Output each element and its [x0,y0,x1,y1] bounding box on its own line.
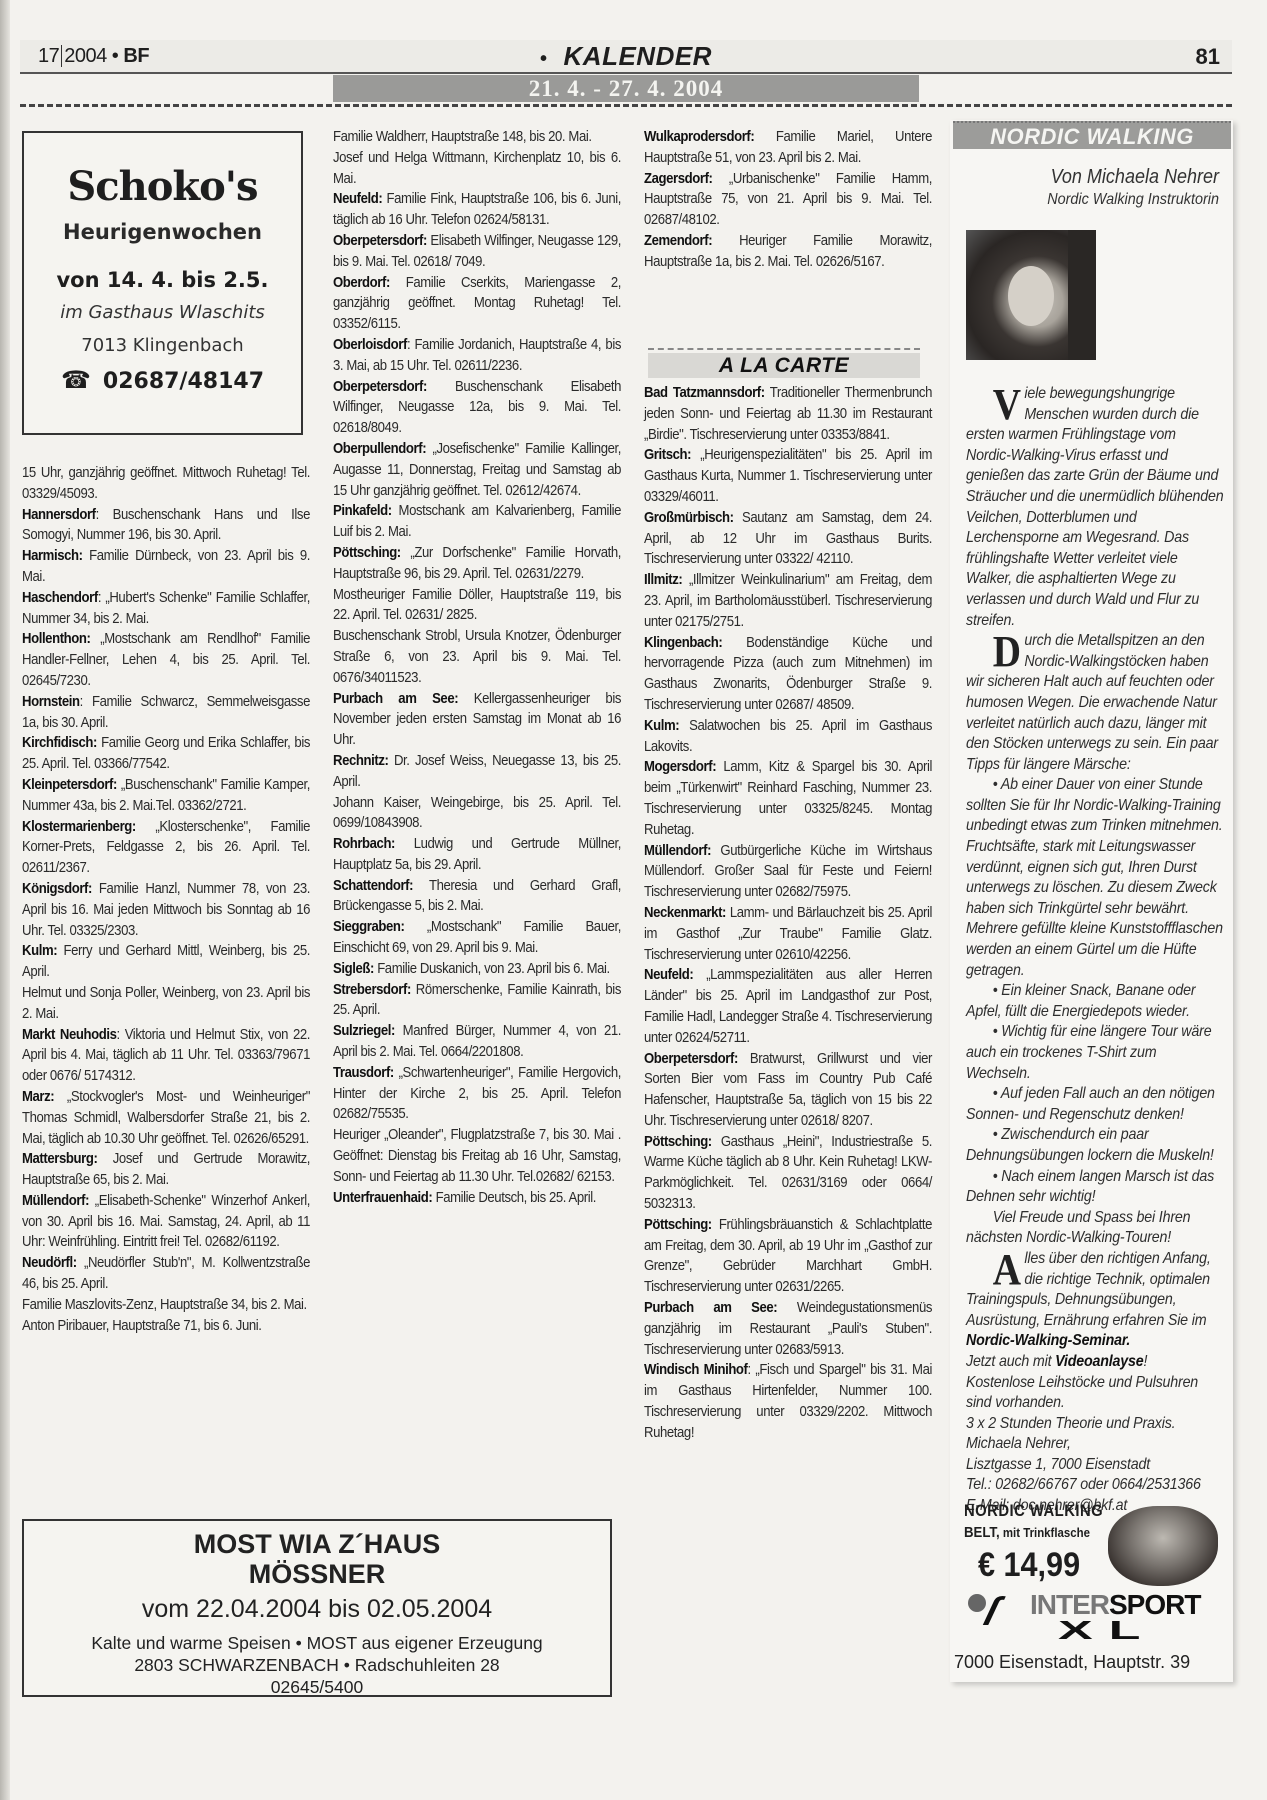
entry-place: Oberpetersdorf: [644,1051,738,1067]
entry-place: Königsdorf: [22,881,92,897]
listing-entry: Sieggraben: „Mostschank" Familie Bauer, … [333,917,621,959]
entry-place: Neufeld: [644,967,693,983]
listing-entry: Neckenmarkt: Lamm- und Bärlauchzeit bis … [644,903,932,965]
product-name: NORDIC WALKING [964,1502,1103,1521]
entry-place: Klingenbach: [644,635,722,651]
listing-entry: Sulzriegel: Manfred Bürger, Nummer 4, vo… [333,1021,621,1063]
listing-entry: Heuriger „Oleander", Flugplatzstraße 7, … [333,1125,621,1187]
a-la-carte-list: Bad Tatzmannsdorf: Traditioneller Therme… [644,383,932,1444]
entry-place: Oberpetersdorf: [333,233,427,249]
entry-place: Purbach am See: [333,691,458,707]
entry-text: Johann Kaiser, Weingebirge, bis 25. Apri… [333,795,621,832]
issue-number: 17 [38,45,59,67]
drop-cap: V [993,386,1021,424]
listing-entry: Schattendorf: Theresia und Gerhard Grafl… [333,876,621,918]
listing-entry: Illmitz: „Illmitzer Weinkulinarium" am F… [644,570,932,632]
entry-place: Trausdorf: [333,1065,394,1081]
listing-entry: Johann Kaiser, Weingebirge, bis 25. Apri… [333,793,621,835]
entry-text: Ferry und Gerhard Mittl, Weinberg, bis 2… [22,943,310,980]
entry-place: Haschendorf [22,590,98,606]
listing-entry: Harmisch: Familie Dürnbeck, von 23. Apri… [22,546,310,588]
listing-entry: Klingenbach: Bodenständige Küche und her… [644,633,932,716]
entry-text: Salatwochen bis 25. April im Gasthaus La… [644,718,932,755]
entry-place: Oberpullendorf: [333,441,426,457]
ad-phone: ☎02687/48147 [24,366,301,394]
entry-text: Familie Deutsch, bis 25. April. [432,1190,596,1206]
closing-line: Viel Freude und Spass bei Ihren nächsten… [966,1208,1224,1249]
ad-dates: vom 22.04.2004 bis 02.05.2004 [24,1595,610,1624]
entry-place: Mogersdorf: [644,759,716,775]
listing-entry: Hornstein: Familie Schwarcz, Semmelweisg… [22,692,310,734]
duration-line: 3 x 2 Stunden Theorie und Praxis. [966,1414,1224,1435]
entry-place: Hannersdorf [22,507,96,523]
section-title: •KALENDER [540,41,712,72]
logo-ball-icon [968,1594,986,1612]
entry-place: Marz: [22,1089,54,1105]
tip-item: • Zwischendurch ein paar Dehnungsübungen… [966,1125,1224,1166]
contact-name: Michaela Nehrer, [966,1434,1224,1455]
entry-place: Neufeld: [333,191,382,207]
entry-text: Josef und Helga Wittmann, Kirchenplatz 1… [333,150,621,187]
tip-item: • Ein kleiner Snack, Banane oder Apfel, … [966,981,1224,1022]
listing-entry: Kulm: Salatwochen bis 25. April im Gasth… [644,716,932,758]
ad-subtitle: Heurigenwochen [24,220,301,244]
entry-place: Illmitz: [644,572,682,588]
entry-text: Familie Duskanich, von 23. April bis 6. … [374,961,610,977]
entry-place: Zemendorf: [644,233,712,249]
listing-entry: Klostermarienberg: „Klosterschenke", Fam… [22,817,310,879]
entry-place: Oberdorf: [333,275,390,291]
listing-entry: Rechnitz: Dr. Josef Weiss, Neuegasse 13,… [333,751,621,793]
listing-entry: Oberpetersdorf: Bratwurst, Grillwurst un… [644,1049,932,1132]
ad-schoko-heurigenwochen: Schoko's Heurigenwochen von 14. 4. bis 2… [22,131,303,435]
page-header: 172004 • BF •KALENDER 81 [20,40,1232,74]
entry-place: Großmürbisch: [644,510,734,526]
listing-entry: Königsdorf: Familie Hanzl, Nummer 78, vo… [22,879,310,941]
entry-place: Kirchfidisch: [22,735,97,751]
ad-town: 7013 Klingenbach [24,335,301,356]
ad-title-1: MOST WIA Z´HAUS [24,1529,610,1559]
tip-item: • Auf jeden Fall auch an den nötigen Son… [966,1084,1224,1125]
entry-text: Familie Waldherr, Hauptstraße 148, bis 2… [333,129,592,145]
entry-place: Rechnitz: [333,753,388,769]
listing-entry: Wulkaprodersdorf: Familie Mariel, Untere… [644,127,932,169]
belt-product-image [1108,1506,1218,1586]
author-byline: Von Michaela Nehrer Nordic Walking Instr… [953,166,1219,209]
entry-text: Buschenschank Strobl, Ursula Knotzer, Öd… [333,628,621,686]
listing-entry: Zagersdorf: „Urbanischenke" Familie Hamm… [644,169,932,231]
ad-brand: Schoko's [24,163,301,210]
listing-entry: Josef und Helga Wittmann, Kirchenplatz 1… [333,148,621,190]
entry-place: Bad Tatzmannsdorf: [644,385,765,401]
listing-entry: Oberdorf: Familie Cserkits, Mariengasse … [333,273,621,335]
listing-column-1: 15 Uhr, ganzjährig geöffnet. Mittwoch Ru… [22,463,310,1336]
entry-place: Schattendorf: [333,878,413,894]
entry-place: Pöttsching: [644,1217,712,1233]
entry-place: Oberpetersdorf: [333,379,427,395]
article-paragraph: Viele bewegungshungrige Menschen wurden … [966,384,1224,631]
listing-entry: Windisch Minihof: „Fisch und Spargel" bi… [644,1360,932,1443]
listing-entry: Sigleß: Familie Duskanich, von 23. April… [333,959,621,980]
listing-entry: Purbach am See: Weindegustationsmenüs ga… [644,1298,932,1360]
entry-place: Pöttsching: [333,545,401,561]
phone-icon: ☎ [61,366,91,394]
entry-place: Wulkaprodersdorf: [644,129,754,145]
listing-column-3: Wulkaprodersdorf: Familie Mariel, Untere… [644,127,932,273]
entry-place: Oberloisdorf [333,337,407,353]
listing-column-2: Familie Waldherr, Hauptstraße 148, bis 2… [333,127,621,1208]
listing-entry: Purbach am See: Kellergassenheuriger bis… [333,689,621,751]
author-role: Nordic Walking Instruktorin [980,191,1219,209]
entry-place: Neudörfl: [22,1255,77,1271]
entry-place: Hornstein [22,694,80,710]
entry-text: Anton Piribauer, Hauptstraße 71, bis 6. … [22,1318,261,1334]
listing-entry: Gritsch: „Heurigenspezialitäten" bis 25.… [644,445,932,507]
entry-place: Kulm: [644,718,679,734]
listing-entry: Haschendorf: „Hubert's Schenke" Familie … [22,588,310,630]
a-la-carte-heading: A LA CARTE [648,353,920,378]
entry-place: Mattersburg: [22,1151,97,1167]
intersport-logo: ſ INTERSPORT XL [968,1586,1228,1644]
listing-entry: Rohrbach: Ludwig und Gertrude Müllner, H… [333,834,621,876]
header-divider [20,104,1232,107]
entry-place: Sieggraben: [333,919,404,935]
listing-entry: Familie Waldherr, Hauptstraße 148, bis 2… [333,127,621,148]
listing-entry: Mattersburg: Josef und Gertrude Morawitz… [22,1149,310,1191]
entry-place: Purbach am See: [644,1300,777,1316]
ad-place: im Gasthaus Wlaschits [24,302,301,323]
entry-place: Kulm: [22,943,57,959]
section-divider [648,348,920,350]
seminar-title: Nordic-Walking-Seminar. [966,1332,1130,1349]
entry-place: Sigleß: [333,961,374,977]
entry-place: Pinkafeld: [333,503,392,519]
tip-item: • Ab einer Dauer von einer Stunde sollte… [966,775,1224,981]
entry-text: 15 Uhr, ganzjährig geöffnet. Mittwoch Ru… [22,465,310,502]
product-price: € 14,99 [978,1546,1080,1585]
listing-entry: Müllendorf: Gutbürgerliche Küche im Wirt… [644,841,932,903]
entry-place: Strebersdorf: [333,982,411,998]
listing-entry: Unterfrauenhaid: Familie Deutsch, bis 25… [333,1188,621,1209]
entry-text: „Stockvogler's Most- und Weinheuriger" T… [22,1089,310,1147]
listing-entry: Pinkafeld: Mostschank am Kalvarienberg, … [333,501,621,543]
author-photo [966,230,1096,360]
entry-place: Markt Neuhodis [22,1027,117,1043]
listing-entry: Zemendorf: Heuriger Familie Morawitz, Ha… [644,231,932,273]
listing-entry: Markt Neuhodis: Viktoria und Helmut Stix… [22,1025,310,1087]
article-paragraph: Durch die Metallspitzen an den Nordic-Wa… [966,631,1224,775]
nordic-walking-heading: NORDIC WALKING [953,121,1231,149]
entry-text: Familie Maszlovits-Zenz, Hauptstraße 34,… [22,1297,307,1313]
product-desc: BELT, mit Trinkflasche [964,1524,1090,1541]
entry-text: „Illmitzer Weinkulinarium" am Freitag, d… [644,572,932,630]
listing-entry: Hollenthon: „Mostschank am Rendlhof" Fam… [22,629,310,691]
ad-title-2: MÖSSNER [24,1559,610,1589]
ad-nordic-walking-belt: NORDIC WALKING BELT, mit Trinkflasche € … [964,1502,1234,1682]
entry-place: Gritsch: [644,447,691,463]
ad-dates: von 14. 4. bis 2.5. [24,268,301,292]
listing-entry: Hannersdorf: Buschenschank Hans und Ilse… [22,505,310,547]
listing-entry: Familie Maszlovits-Zenz, Hauptstraße 34,… [22,1295,310,1316]
listing-entry: Kirchfidisch: Familie Georg und Erika Sc… [22,733,310,775]
issue-info: 172004 • BF [38,45,149,68]
listing-entry: Mostheuriger Familie Döller, Hauptstraße… [333,585,621,627]
listing-entry: Oberpetersdorf: Elisabeth Wilfinger, Neu… [333,231,621,273]
entry-place: Müllendorf: [644,843,711,859]
listing-entry: Müllendorf: „Elisabeth-Schenke" Winzerho… [22,1191,310,1253]
entry-place: Kleinpetersdorf: [22,777,117,793]
date-range-banner: 21. 4. - 27. 4. 2004 [333,75,919,102]
ad-details: Kalte und warme Speisen • MOST aus eigen… [24,1632,610,1698]
page-binding-edge [0,0,10,1800]
tips-list: • Ab einer Dauer von einer Stunde sollte… [966,775,1224,1207]
entry-place: Rohrbach: [333,836,395,852]
listing-entry: Buschenschank Strobl, Ursula Knotzer, Öd… [333,626,621,688]
listing-entry: Pöttsching: Gasthaus „Heini", Industries… [644,1132,932,1215]
listing-entry: Neufeld: Familie Fink, Hauptstraße 106, … [333,189,621,231]
rental-line: Kostenlose Leihstöcke und Pulsuhren sind… [966,1373,1224,1414]
nordic-walking-article: Viele bewegungshungrige Menschen wurden … [966,384,1224,1517]
listing-entry: Neudörfl: „Neudörfler Stub'n", M. Kollwe… [22,1253,310,1295]
listing-entry: Kulm: Ferry und Gerhard Mittl, Weinberg,… [22,941,310,983]
listing-entry: Großmürbisch: Sautanz am Samstag, dem 24… [644,508,932,570]
author-name: Von Michaela Nehrer [980,166,1219,189]
entry-place: Unterfrauenhaid: [333,1190,432,1206]
tip-item: • Wichtig für eine längere Tour wäre auc… [966,1022,1224,1084]
entry-place: Zagersdorf: [644,171,713,187]
listing-entry: Trausdorf: „Schwartenheuriger", Familie … [333,1063,621,1125]
entry-place: Neckenmarkt: [644,905,726,921]
entry-place: Harmisch: [22,548,83,564]
entry-place: Müllendorf: [22,1193,89,1209]
contact-phone: Tel.: 02682/66767 oder 0664/2531366 [966,1475,1224,1496]
publication-name: BF [123,45,149,67]
listing-entry: Pöttsching: „Zur Dorfschenke" Familie Ho… [333,543,621,585]
video-line: Jetzt auch mit Videoanlayse! [966,1352,1224,1373]
listing-entry: Anton Piribauer, Hauptstraße 71, bis 6. … [22,1316,310,1337]
entry-place: Sulzriegel: [333,1023,395,1039]
listing-entry: 15 Uhr, ganzjährig geöffnet. Mittwoch Ru… [22,463,310,505]
listing-entry: Mogersdorf: Lamm, Kitz & Spargel bis 30.… [644,757,932,840]
entry-text: Helmut und Sonja Poller, Weinberg, von 2… [22,985,310,1022]
entry-text: Heuriger „Oleander", Flugplatzstraße 7, … [333,1127,621,1185]
tip-item: • Nach einem langen Marsch ist das Dehne… [966,1167,1224,1208]
drop-cap: D [993,633,1021,671]
listing-entry: Bad Tatzmannsdorf: Traditioneller Therme… [644,383,932,445]
listing-entry: Neufeld: „Lammspezialitäten aus aller He… [644,965,932,1048]
listing-entry: Helmut und Sonja Poller, Weinberg, von 2… [22,983,310,1025]
listing-entry: Marz: „Stockvogler's Most- und Weinheuri… [22,1087,310,1149]
entry-text: Mostheuriger Familie Döller, Hauptstraße… [333,587,621,624]
ad-most-wia-zhaus: MOST WIA Z´HAUS MÖSSNER vom 22.04.2004 b… [22,1519,612,1697]
listing-entry: Oberloisdorf: Familie Jordanich, Hauptst… [333,335,621,377]
listing-entry: Oberpullendorf: „Josefischenke" Familie … [333,439,621,501]
entry-place: Klostermarienberg: [22,819,136,835]
listing-entry: Strebersdorf: Römerschenke, Familie Kain… [333,980,621,1022]
listing-entry: Oberpetersdorf: Buschenschank Elisabeth … [333,377,621,439]
page-number: 81 [1196,44,1220,70]
issue-year: 2004 [64,45,107,67]
entry-place: Pöttsching: [644,1134,712,1150]
store-address: 7000 Eisenstadt, Hauptstr. 39 [954,1652,1190,1673]
contact-address: Lisztgasse 1, 7000 Eisenstadt [966,1455,1224,1476]
entry-place: Hollenthon: [22,631,90,647]
listing-entry: Pöttsching: Frühlingsbräuanstich & Schla… [644,1215,932,1298]
drop-cap: A [993,1251,1021,1289]
listing-entry: Kleinpetersdorf: „Buschenschank" Familie… [22,775,310,817]
article-paragraph: Alles über den richtigen Anfang, die ric… [966,1249,1224,1331]
entry-place: Windisch Minihof [644,1362,748,1378]
